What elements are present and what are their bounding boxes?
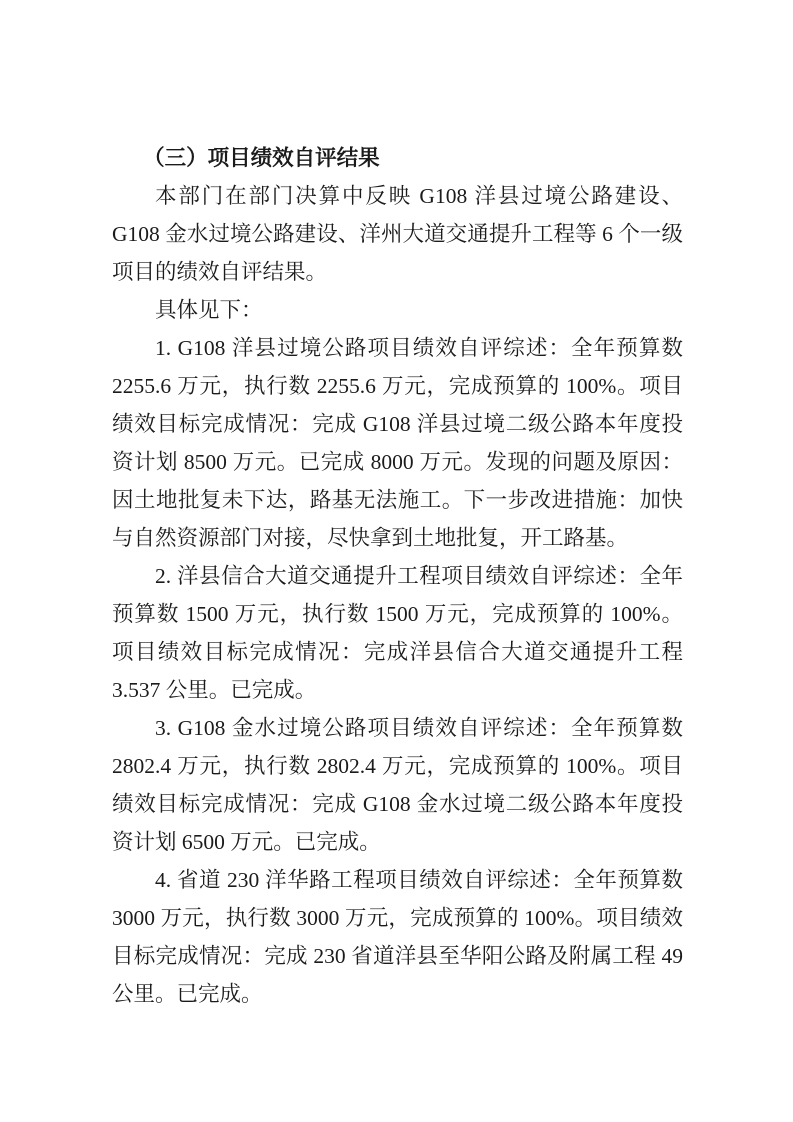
document-body: （三）项目绩效自评结果 本部门在部门决算中反映 G108 洋县过境公路建设、G1… (112, 139, 683, 1013)
section-heading: （三）项目绩效自评结果 (112, 139, 683, 177)
document-page: （三）项目绩效自评结果 本部门在部门决算中反映 G108 洋县过境公路建设、G1… (0, 0, 793, 1122)
paragraph-intro: 本部门在部门决算中反映 G108 洋县过境公路建设、G108 金水过境公路建设、… (112, 177, 683, 291)
paragraph-lead-in: 具体见下： (112, 291, 683, 329)
paragraph-project-4: 4. 省道 230 洋华路工程项目绩效自评综述：全年预算数 3000 万元，执行… (112, 861, 683, 1013)
paragraph-project-3: 3. G108 金水过境公路项目绩效自评综述：全年预算数 2802.4 万元，执… (112, 709, 683, 861)
paragraph-project-1: 1. G108 洋县过境公路项目绩效自评综述：全年预算数 2255.6 万元，执… (112, 329, 683, 557)
paragraph-project-2: 2. 洋县信合大道交通提升工程项目绩效自评综述：全年预算数 1500 万元，执行… (112, 557, 683, 709)
